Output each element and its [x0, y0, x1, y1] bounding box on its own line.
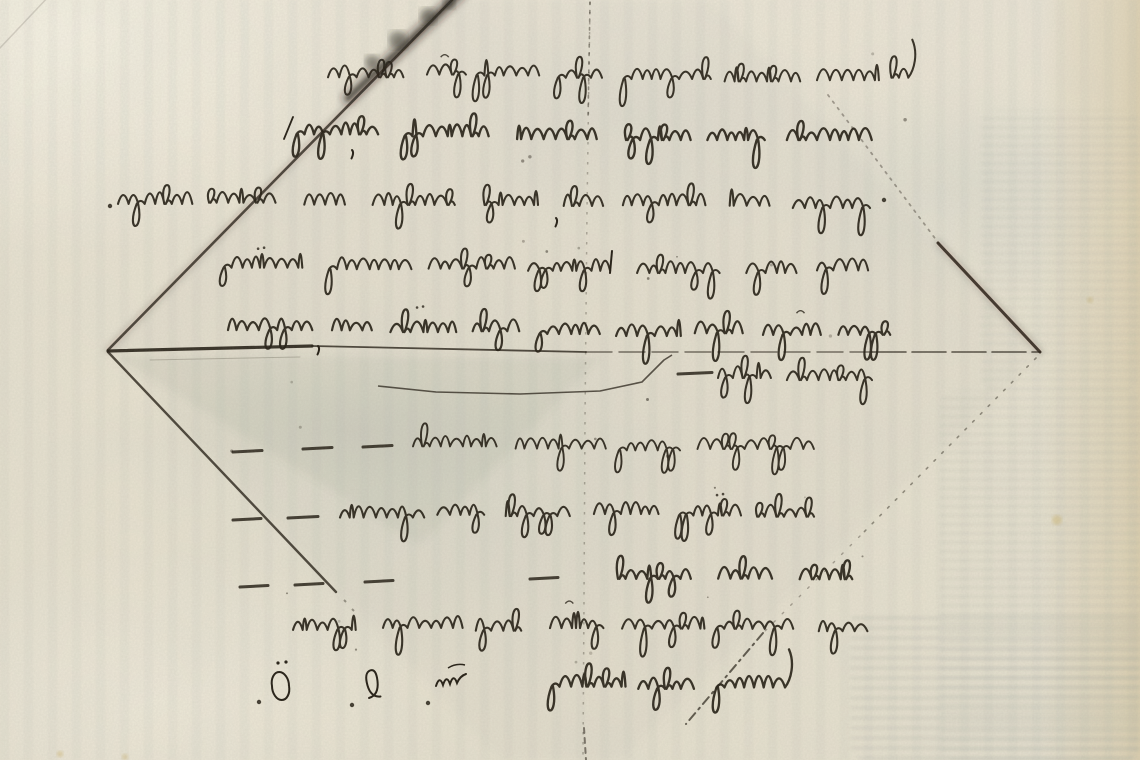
- paper-grain: [0, 0, 1140, 760]
- manuscript-scan-page: Scanned facsimile of a handwritten folde…: [0, 0, 1140, 760]
- ink-and-fold-layer: [0, 0, 1140, 760]
